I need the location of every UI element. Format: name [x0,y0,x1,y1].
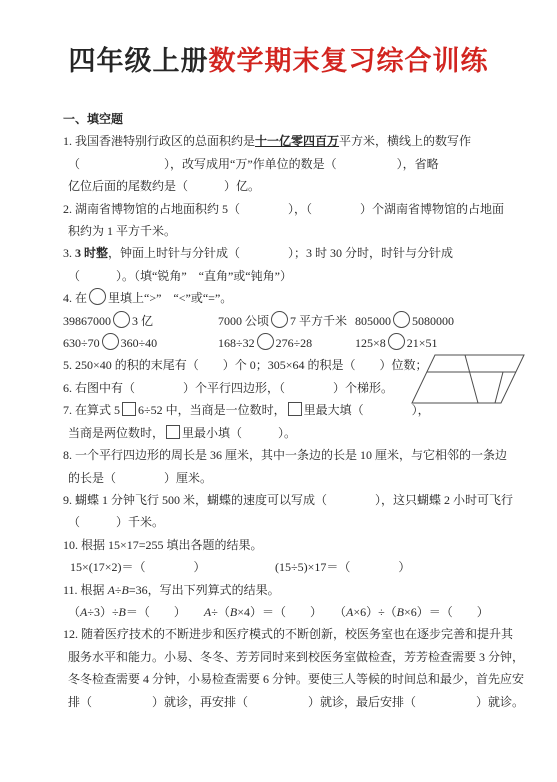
title-red-part: 数学期末复习综合训练 [209,46,489,76]
text-segment: 7000 公顷 [218,314,269,328]
text-segment: 168÷32 [218,336,255,350]
text-segment: 当商是两位数时， [68,426,164,440]
text-segment: 39867000 [63,314,111,328]
text-segment: ×4）＝（ ） （ [237,605,346,619]
text-segment: 十一亿零四百万 [255,134,339,148]
question-9-line-2: （ ）千米。 [68,511,549,533]
answer-box [288,402,302,416]
text-segment: =36，写出下列算式的结果。 [129,583,280,597]
question-12-line-4: 排（ ）就诊，再安排（ ）就诊，最后安排（ ）就诊。 [68,691,549,713]
text-segment: B [397,605,404,619]
text-segment: 里填上“>” “<”或“=”。 [108,291,232,305]
compare-item: 7000 公顷7 平方千米 [218,310,355,332]
text-segment: B [119,605,126,619]
text-segment: 3 亿 [132,314,153,328]
text-segment: A [108,583,115,597]
question-11-line-1: 11. 根据 A÷B=36，写出下列算式的结果。 [63,579,549,601]
question-8-line-2: 的长是（ ）厘米。 [68,467,549,489]
equation: (15÷5)×17＝（ ） [275,556,410,578]
question-8-line-1: 8. 一个平行四边形的周长是 36 厘米，其中一条边的长是 10 厘米，与它相邻… [63,444,549,466]
compare-item: 398670003 亿 [63,310,218,332]
question-1-line-1: 1. 我国香港特别行政区的总面积约是十一亿零四百万平方米，横线上的数写作 [63,130,549,152]
page-title: 四年级上册数学期末复习综合训练 [0,44,557,78]
text-segment: ×6）÷（ [353,605,396,619]
compare-item: 8050005080000 [355,310,454,332]
parallelogram-figure-svg [410,352,530,410]
answer-box [122,402,136,416]
text-segment: 3 时整 [75,246,108,260]
text-segment: 7. 在算式 5 [63,403,120,417]
question-1-line-2: （ ），改写成用“万”作单位的数是（ ），省略 [68,153,549,175]
answer-circle [388,333,405,350]
question-10-line-1: 10. 根据 15×17=255 填出各题的结果。 [63,534,549,556]
question-11-equations: （A÷3）÷B＝（ ） A÷（B×4）＝（ ） （A×6）÷（B×6）＝（ ） [68,601,549,623]
text-segment: ×6）＝（ ） [404,605,489,619]
text-segment: 平方米，横线上的数写作 [339,134,471,148]
compare-item: 168÷32276÷28 [218,332,355,354]
text-segment: 11. 根据 [63,583,108,597]
equation: 15×(17×2)＝（ ） [70,556,275,578]
question-4-compare-row-1: 398670003 亿 7000 公顷7 平方千米 8050005080000 [63,310,549,332]
question-12-line-3: 冬冬检查需要 4 分钟，小易检查需要 6 分钟。要使三人等候的时间总和最少，首先… [68,668,549,690]
answer-circle [102,333,119,350]
text-segment: 360÷40 [121,336,158,350]
text-segment: 4. 在 [63,291,87,305]
question-2-line-1: 2. 湖南省博物馆的占地面积约 5（ ），（ ）个湖南省博物馆的占地面 [63,198,549,220]
question-9-line-1: 9. 蝴蝶 1 分钟飞行 500 米，蝴蝶的速度可以写成（ ），这只蝴蝶 2 小… [63,489,549,511]
answer-circle [271,311,288,328]
text-segment: ÷（ [211,605,230,619]
question-3-line-1: 3. 3 时整，钟面上时针与分针成（ ）；3 时 30 分时，时针与分针成 [63,242,549,264]
title-black-part: 四年级上册 [69,46,209,76]
section-heading-fill-blanks: 一、填空题 [63,108,549,130]
answer-circle [257,333,274,350]
answer-circle [113,311,130,328]
question-7-line-2: 当商是两位数时，里最小填（ ）。 [68,422,549,444]
text-segment: 3. [63,246,75,260]
text-segment: ，钟面上时针与分针成（ ）；3 时 30 分时，时针与分针成 [108,246,453,260]
question-1-line-3: 亿位后面的尾数约是（ ）亿。 [68,175,549,197]
text-segment: ÷ [115,583,122,597]
parallelogram-diagram [410,352,530,410]
answer-box [166,425,180,439]
text-segment: 6÷52 中，当商是一位数时， [138,403,286,417]
text-segment: B [122,583,129,597]
text-segment: ＝（ ） [126,605,204,619]
worksheet-page: 四年级上册数学期末复习综合训练 一、填空题 1. 我国香港特别行政区的总面积约是… [0,0,557,782]
text-segment: 7 平方千米 [290,314,347,328]
worksheet-body: 一、填空题 1. 我国香港特别行政区的总面积约是十一亿零四百万平方米，横线上的数… [63,108,549,713]
text-segment: 1. 我国香港特别行政区的总面积约是 [63,134,255,148]
question-10-equations: 15×(17×2)＝（ ） (15÷5)×17＝（ ） [63,556,549,578]
text-segment: ÷3）÷ [87,605,118,619]
question-12-line-2: 服务水平和能力。小易、冬冬、芳芳同时来到校医务室做检查，芳芳检查需要 3 分钟， [68,646,549,668]
answer-circle [393,311,410,328]
text-segment: 805000 [355,314,391,328]
compare-item: 630÷70360÷40 [63,332,218,354]
text-segment: 125×8 [355,336,386,350]
text-segment: 21×51 [407,336,438,350]
question-3-line-2: （ ）。（填“锐角” “直角”或“钝角”） [68,265,549,287]
question-12-line-1: 12. 随着医疗技术的不断进步和医疗模式的不断创新，校医务室也在逐步完善和提升其 [63,623,549,645]
answer-circle [89,288,106,305]
text-segment: 5080000 [412,314,454,328]
question-4-line-1: 4. 在里填上“>” “<”或“=”。 [63,287,549,309]
text-segment: 630÷70 [63,336,100,350]
question-2-line-2: 积约为 1 平方千米。 [68,220,549,242]
text-segment: 里最小填（ ）。 [182,426,296,440]
text-segment: 276÷28 [276,336,313,350]
text-segment: （ [68,605,80,619]
